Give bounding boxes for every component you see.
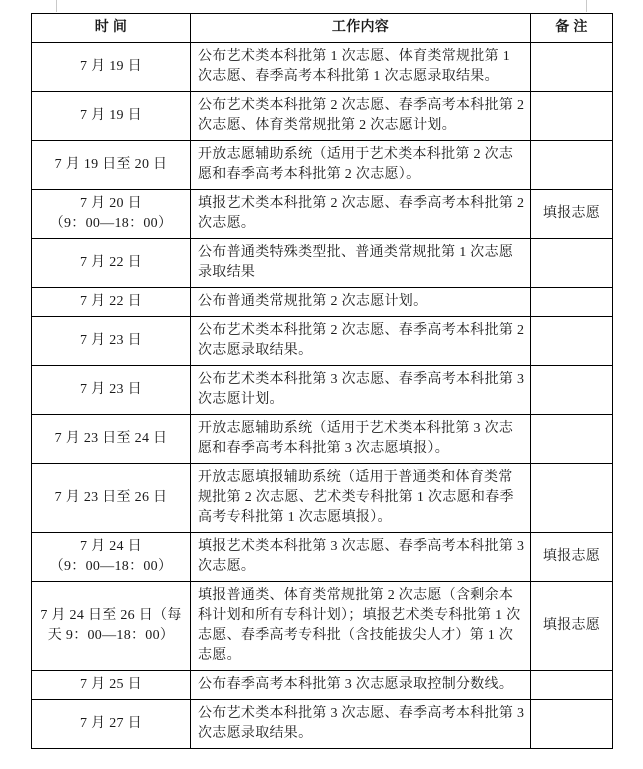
note-cell xyxy=(531,92,613,141)
time-cell: 7 月 22 日 xyxy=(32,288,191,317)
note-cell xyxy=(531,366,613,415)
header-row: 时 间 工作内容 备 注 xyxy=(32,14,613,43)
table-row: 7 月 24 日至 26 日（每天 9：00—18：00） 填报普通类、体育类常… xyxy=(32,582,613,671)
content-cell: 公布春季高考本科批第 3 次志愿录取控制分数线。 xyxy=(191,671,531,700)
content-cell: 公布普通类常规批第 2 次志愿计划。 xyxy=(191,288,531,317)
content-cell: 公布艺术类本科批第 2 次志愿、春季高考本科批第 2 次志愿录取结果。 xyxy=(191,317,531,366)
time-cell: 7 月 25 日 xyxy=(32,671,191,700)
table-row: 7 月 19 日 公布艺术类本科批第 1 次志愿、体育类常规批第 1 次志愿、春… xyxy=(32,43,613,92)
table-row: 7 月 25 日 公布春季高考本科批第 3 次志愿录取控制分数线。 xyxy=(32,671,613,700)
header-note: 备 注 xyxy=(531,14,613,43)
note-cell xyxy=(531,317,613,366)
time-cell: 7 月 23 日 xyxy=(32,366,191,415)
time-cell: 7 月 22 日 xyxy=(32,239,191,288)
content-cell: 开放志愿填报辅助系统（适用于普通类和体育类常规批第 2 次志愿、艺术类专科批第 … xyxy=(191,464,531,533)
table-row: 7 月 22 日 公布普通类常规批第 2 次志愿计划。 xyxy=(32,288,613,317)
note-cell xyxy=(531,671,613,700)
time-cell: 7 月 19 日至 20 日 xyxy=(32,141,191,190)
table-row: 7 月 20 日 （9：00—18：00） 填报艺术类本科批第 2 次志愿、春季… xyxy=(32,190,613,239)
time-cell: 7 月 24 日至 26 日（每天 9：00—18：00） xyxy=(32,582,191,671)
time-cell: 7 月 19 日 xyxy=(32,92,191,141)
note-cell: 填报志愿 xyxy=(531,190,613,239)
content-cell: 填报艺术类本科批第 3 次志愿、春季高考本科批第 3 次志愿。 xyxy=(191,533,531,582)
table-row: 7 月 23 日 公布艺术类本科批第 2 次志愿、春季高考本科批第 2 次志愿录… xyxy=(32,317,613,366)
header-content: 工作内容 xyxy=(191,14,531,43)
table-row: 7 月 19 日 公布艺术类本科批第 2 次志愿、春季高考本科批第 2 次志愿、… xyxy=(32,92,613,141)
note-cell xyxy=(531,239,613,288)
note-cell xyxy=(531,141,613,190)
content-cell: 开放志愿辅助系统（适用于艺术类本科批第 2 次志愿和春季高考本科批第 2 次志愿… xyxy=(191,141,531,190)
margin-tick-right xyxy=(586,0,587,12)
content-cell: 开放志愿辅助系统（适用于艺术类本科批第 3 次志愿和春季高考本科批第 3 次志愿… xyxy=(191,415,531,464)
table-row: 7 月 23 日至 26 日 开放志愿填报辅助系统（适用于普通类和体育类常规批第… xyxy=(32,464,613,533)
time-cell: 7 月 23 日至 24 日 xyxy=(32,415,191,464)
note-cell xyxy=(531,43,613,92)
time-cell: 7 月 19 日 xyxy=(32,43,191,92)
time-cell: 7 月 24 日 （9：00—18：00） xyxy=(32,533,191,582)
header-time: 时 间 xyxy=(32,14,191,43)
time-cell: 7 月 27 日 xyxy=(32,700,191,749)
table-row: 7 月 22 日 公布普通类特殊类型批、普通类常规批第 1 次志愿录取结果 xyxy=(32,239,613,288)
table-row: 7 月 23 日至 24 日 开放志愿辅助系统（适用于艺术类本科批第 3 次志愿… xyxy=(32,415,613,464)
content-cell: 公布艺术类本科批第 1 次志愿、体育类常规批第 1 次志愿、春季高考本科批第 1… xyxy=(191,43,531,92)
note-cell xyxy=(531,288,613,317)
content-cell: 公布普通类特殊类型批、普通类常规批第 1 次志愿录取结果 xyxy=(191,239,531,288)
time-cell: 7 月 23 日 xyxy=(32,317,191,366)
table-row: 7 月 23 日 公布艺术类本科批第 3 次志愿、春季高考本科批第 3 次志愿计… xyxy=(32,366,613,415)
content-cell: 公布艺术类本科批第 2 次志愿、春季高考本科批第 2 次志愿、体育类常规批第 2… xyxy=(191,92,531,141)
document-page: 时 间 工作内容 备 注 7 月 19 日 公布艺术类本科批第 1 次志愿、体育… xyxy=(0,0,643,769)
table-row: 7 月 24 日 （9：00—18：00） 填报艺术类本科批第 3 次志愿、春季… xyxy=(32,533,613,582)
note-cell xyxy=(531,700,613,749)
content-cell: 公布艺术类本科批第 3 次志愿、春季高考本科批第 3 次志愿计划。 xyxy=(191,366,531,415)
time-cell: 7 月 20 日 （9：00—18：00） xyxy=(32,190,191,239)
table-row: 7 月 19 日至 20 日 开放志愿辅助系统（适用于艺术类本科批第 2 次志愿… xyxy=(32,141,613,190)
content-cell: 填报艺术类本科批第 2 次志愿、春季高考本科批第 2 次志愿。 xyxy=(191,190,531,239)
note-cell xyxy=(531,464,613,533)
note-cell: 填报志愿 xyxy=(531,582,613,671)
margin-tick-left xyxy=(56,0,57,12)
time-cell: 7 月 23 日至 26 日 xyxy=(32,464,191,533)
table-row: 7 月 27 日 公布艺术类本科批第 3 次志愿、春季高考本科批第 3 次志愿录… xyxy=(32,700,613,749)
content-cell: 填报普通类、体育类常规批第 2 次志愿（含剩余本科计划和所有专科计划）；填报艺术… xyxy=(191,582,531,671)
admission-schedule-table: 时 间 工作内容 备 注 7 月 19 日 公布艺术类本科批第 1 次志愿、体育… xyxy=(31,13,613,749)
note-cell: 填报志愿 xyxy=(531,533,613,582)
note-cell xyxy=(531,415,613,464)
content-cell: 公布艺术类本科批第 3 次志愿、春季高考本科批第 3 次志愿录取结果。 xyxy=(191,700,531,749)
